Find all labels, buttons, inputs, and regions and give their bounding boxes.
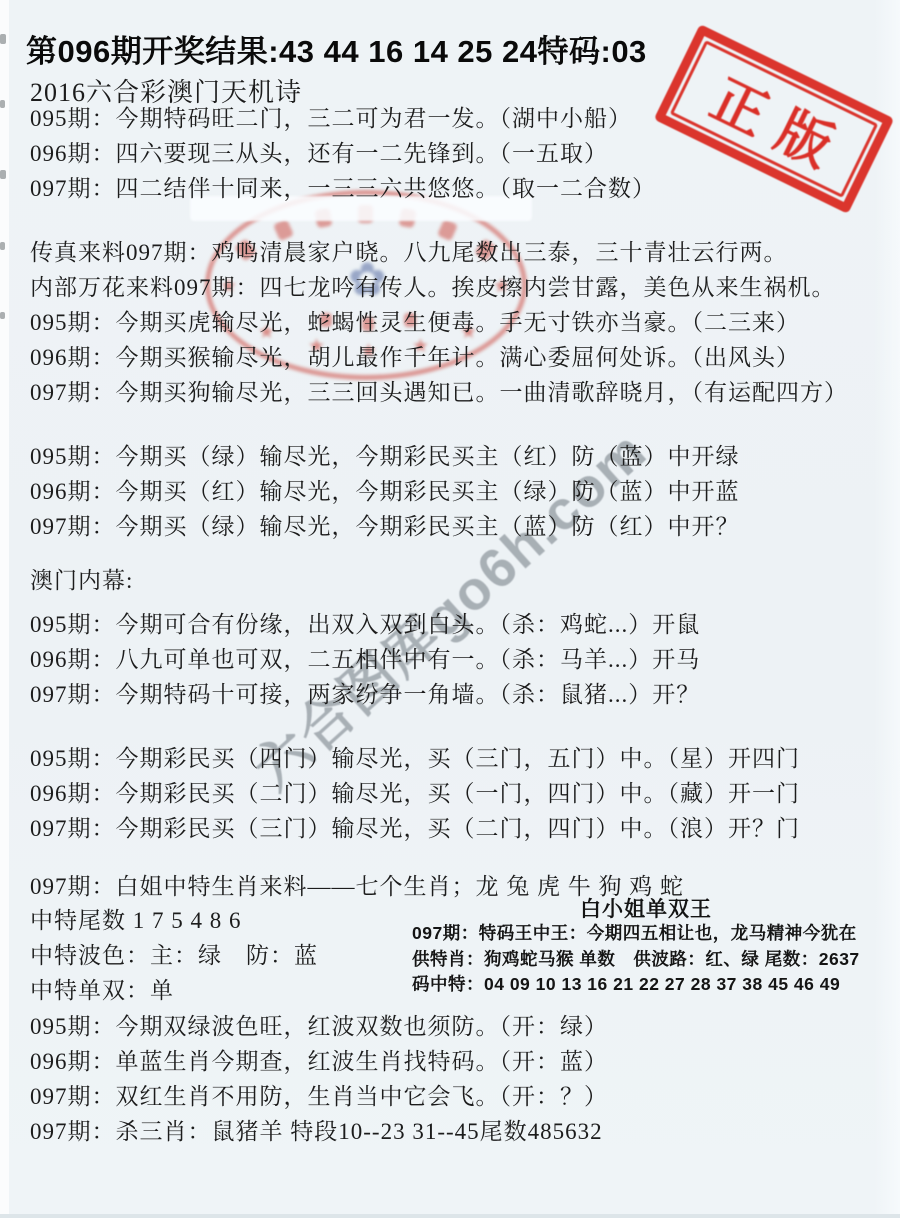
draw-result-headline: 第096期开奖结果:43 44 16 14 25 24特码:03 (26, 26, 647, 71)
baijie-right-column: 097期：特码王中王：今期四五相让也，龙马精神今犹在 供特肖：狗鸡蛇马猴 单数 … (412, 921, 860, 998)
bose-section: 095期：今期双绿波色旺，红波双数也须防。（开：绿） 096期：单蓝生肖今期查，… (30, 1009, 608, 1149)
scan-edge-left (0, 0, 9, 1218)
neimu-line: 096期：八九可单也可双，二五相伴中有一。（杀：马羊...）开马 (30, 642, 700, 677)
color-buy-line: 096期：今期买（红）输尽光，今期彩民买主（绿）防（蓝）中开蓝 (30, 474, 740, 509)
neimu-section: 095期：今期可合有份缘，出双入双到白头。（杀：鸡蛇...）开鼠 096期：八九… (30, 607, 700, 712)
scan-smudge (0, 170, 6, 179)
baijie-right-line: 码中特：04 09 10 13 16 21 22 27 28 37 38 45 … (412, 972, 860, 998)
doors-line: 095期：今期彩民买（四门）输尽光，买（三门，五门）中。（星）开四门 (30, 741, 800, 776)
color-buy-line: 095期：今期买（绿）输尽光，今期彩民买主（红）防（蓝）中开绿 (30, 439, 740, 474)
baijie-left-line: 中特波色：主：绿 防：蓝 (30, 938, 318, 973)
baijie-right-line: 供特肖：狗鸡蛇马猴 单数 供波路：红、绿 尾数：2637 (412, 947, 860, 973)
baijie-left-column: 中特尾数 1 7 5 4 8 6 中特波色：主：绿 防：蓝 中特单双：单 (30, 903, 318, 1008)
fax-section: 传真来料097期：鸡鸣清晨家户晓。八九尾数出三泰，三十青壮云行两。 内部万花来料… (30, 235, 848, 410)
certified-stamp: 正版 (654, 24, 895, 214)
certified-stamp-inner-border: 正版 (670, 40, 879, 198)
baijie-right-title: 白小姐单双王 (558, 893, 734, 923)
scan-edge-right (874, 0, 900, 1218)
certified-stamp-label: 正版 (684, 49, 863, 189)
poem-section: 095期：今期特码旺二门，三二可为君一发。（湖中小船） 096期：四六要现三从头… (30, 101, 656, 206)
neimu-line: 097期：今期特码十可接，两家纷争一角墙。（杀：鼠猪...）开？ (30, 677, 700, 712)
neimu-section-title: 澳门内幕: (30, 562, 133, 595)
baijie-right-line: 097期：特码王中王：今期四五相让也，龙马精神今犹在 (412, 921, 860, 947)
bose-line: 097期：双红生肖不用防，生肖当中它会飞。（开：？） (30, 1079, 608, 1114)
scan-edge-bottom (0, 1214, 900, 1218)
doors-line: 096期：今期彩民买（二门）输尽光，买（一门，四门）中。（藏）开一门 (30, 776, 800, 811)
bose-line: 096期：单蓝生肖今期查，红波生肖找特码。（开：蓝） (30, 1044, 608, 1079)
color-buy-line: 097期：今期买（绿）输尽光，今期彩民买主（蓝）防（红）中开？ (30, 509, 740, 544)
neimu-line: 095期：今期可合有份缘，出双入双到白头。（杀：鸡蛇...）开鼠 (30, 607, 700, 642)
doors-section: 095期：今期彩民买（四门）输尽光，买（三门，五门）中。（星）开四门 096期：… (30, 741, 800, 846)
fax-line: 095期：今期买虎输尽光，蛇蝎性灵生便毒。手无寸铁亦当豪。（二三来） (30, 305, 848, 340)
scan-smudge (0, 100, 5, 108)
scan-smudge (0, 312, 5, 319)
poem-line: 096期：四六要现三从头，还有一二先锋到。（一五取） (30, 136, 656, 171)
fax-line: 传真来料097期：鸡鸣清晨家户晓。八九尾数出三泰，三十青壮云行两。 (30, 235, 848, 270)
scanned-lottery-sheet: ★ ★ ✿ ★ ★ ★ ★ ★ 六合图库go6h.com 第096期开奖结果:4… (0, 0, 900, 1218)
bose-line: 095期：今期双绿波色旺，红波双数也须防。（开：绿） (30, 1009, 608, 1044)
poem-line: 097期：四二结伴十同来，一三三六共悠悠。（取一二合数） (30, 171, 656, 206)
baijie-left-line: 中特单双：单 (30, 973, 318, 1008)
doors-line: 097期：今期彩民买（三门）输尽光，买（二门，四门）中。（浪）开？门 (30, 811, 800, 846)
baijie-left-line: 中特尾数 1 7 5 4 8 6 (30, 903, 318, 938)
color-buy-section: 095期：今期买（绿）输尽光，今期彩民买主（红）防（蓝）中开绿 096期：今期买… (30, 439, 740, 544)
scan-smudge (0, 242, 5, 250)
fax-line: 096期：今期买猴输尽光，胡儿最作千年计。满心委屈何处诉。（出风头） (30, 340, 848, 375)
scan-smudge (0, 34, 6, 44)
poem-line: 095期：今期特码旺二门，三二可为君一发。（湖中小船） (30, 101, 656, 136)
fax-line: 内部万花来料097期：四七龙吟有传人。挨皮擦内尝甘露，美色从来生祸机。 (30, 270, 848, 305)
bose-line: 097期：杀三肖：鼠猪羊 特段10--23 31--45尾数485632 (30, 1114, 608, 1149)
fax-line: 097期：今期买狗输尽光，三三回头遇知已。一曲清歌辞晓月，（有运配四方） (30, 375, 848, 410)
